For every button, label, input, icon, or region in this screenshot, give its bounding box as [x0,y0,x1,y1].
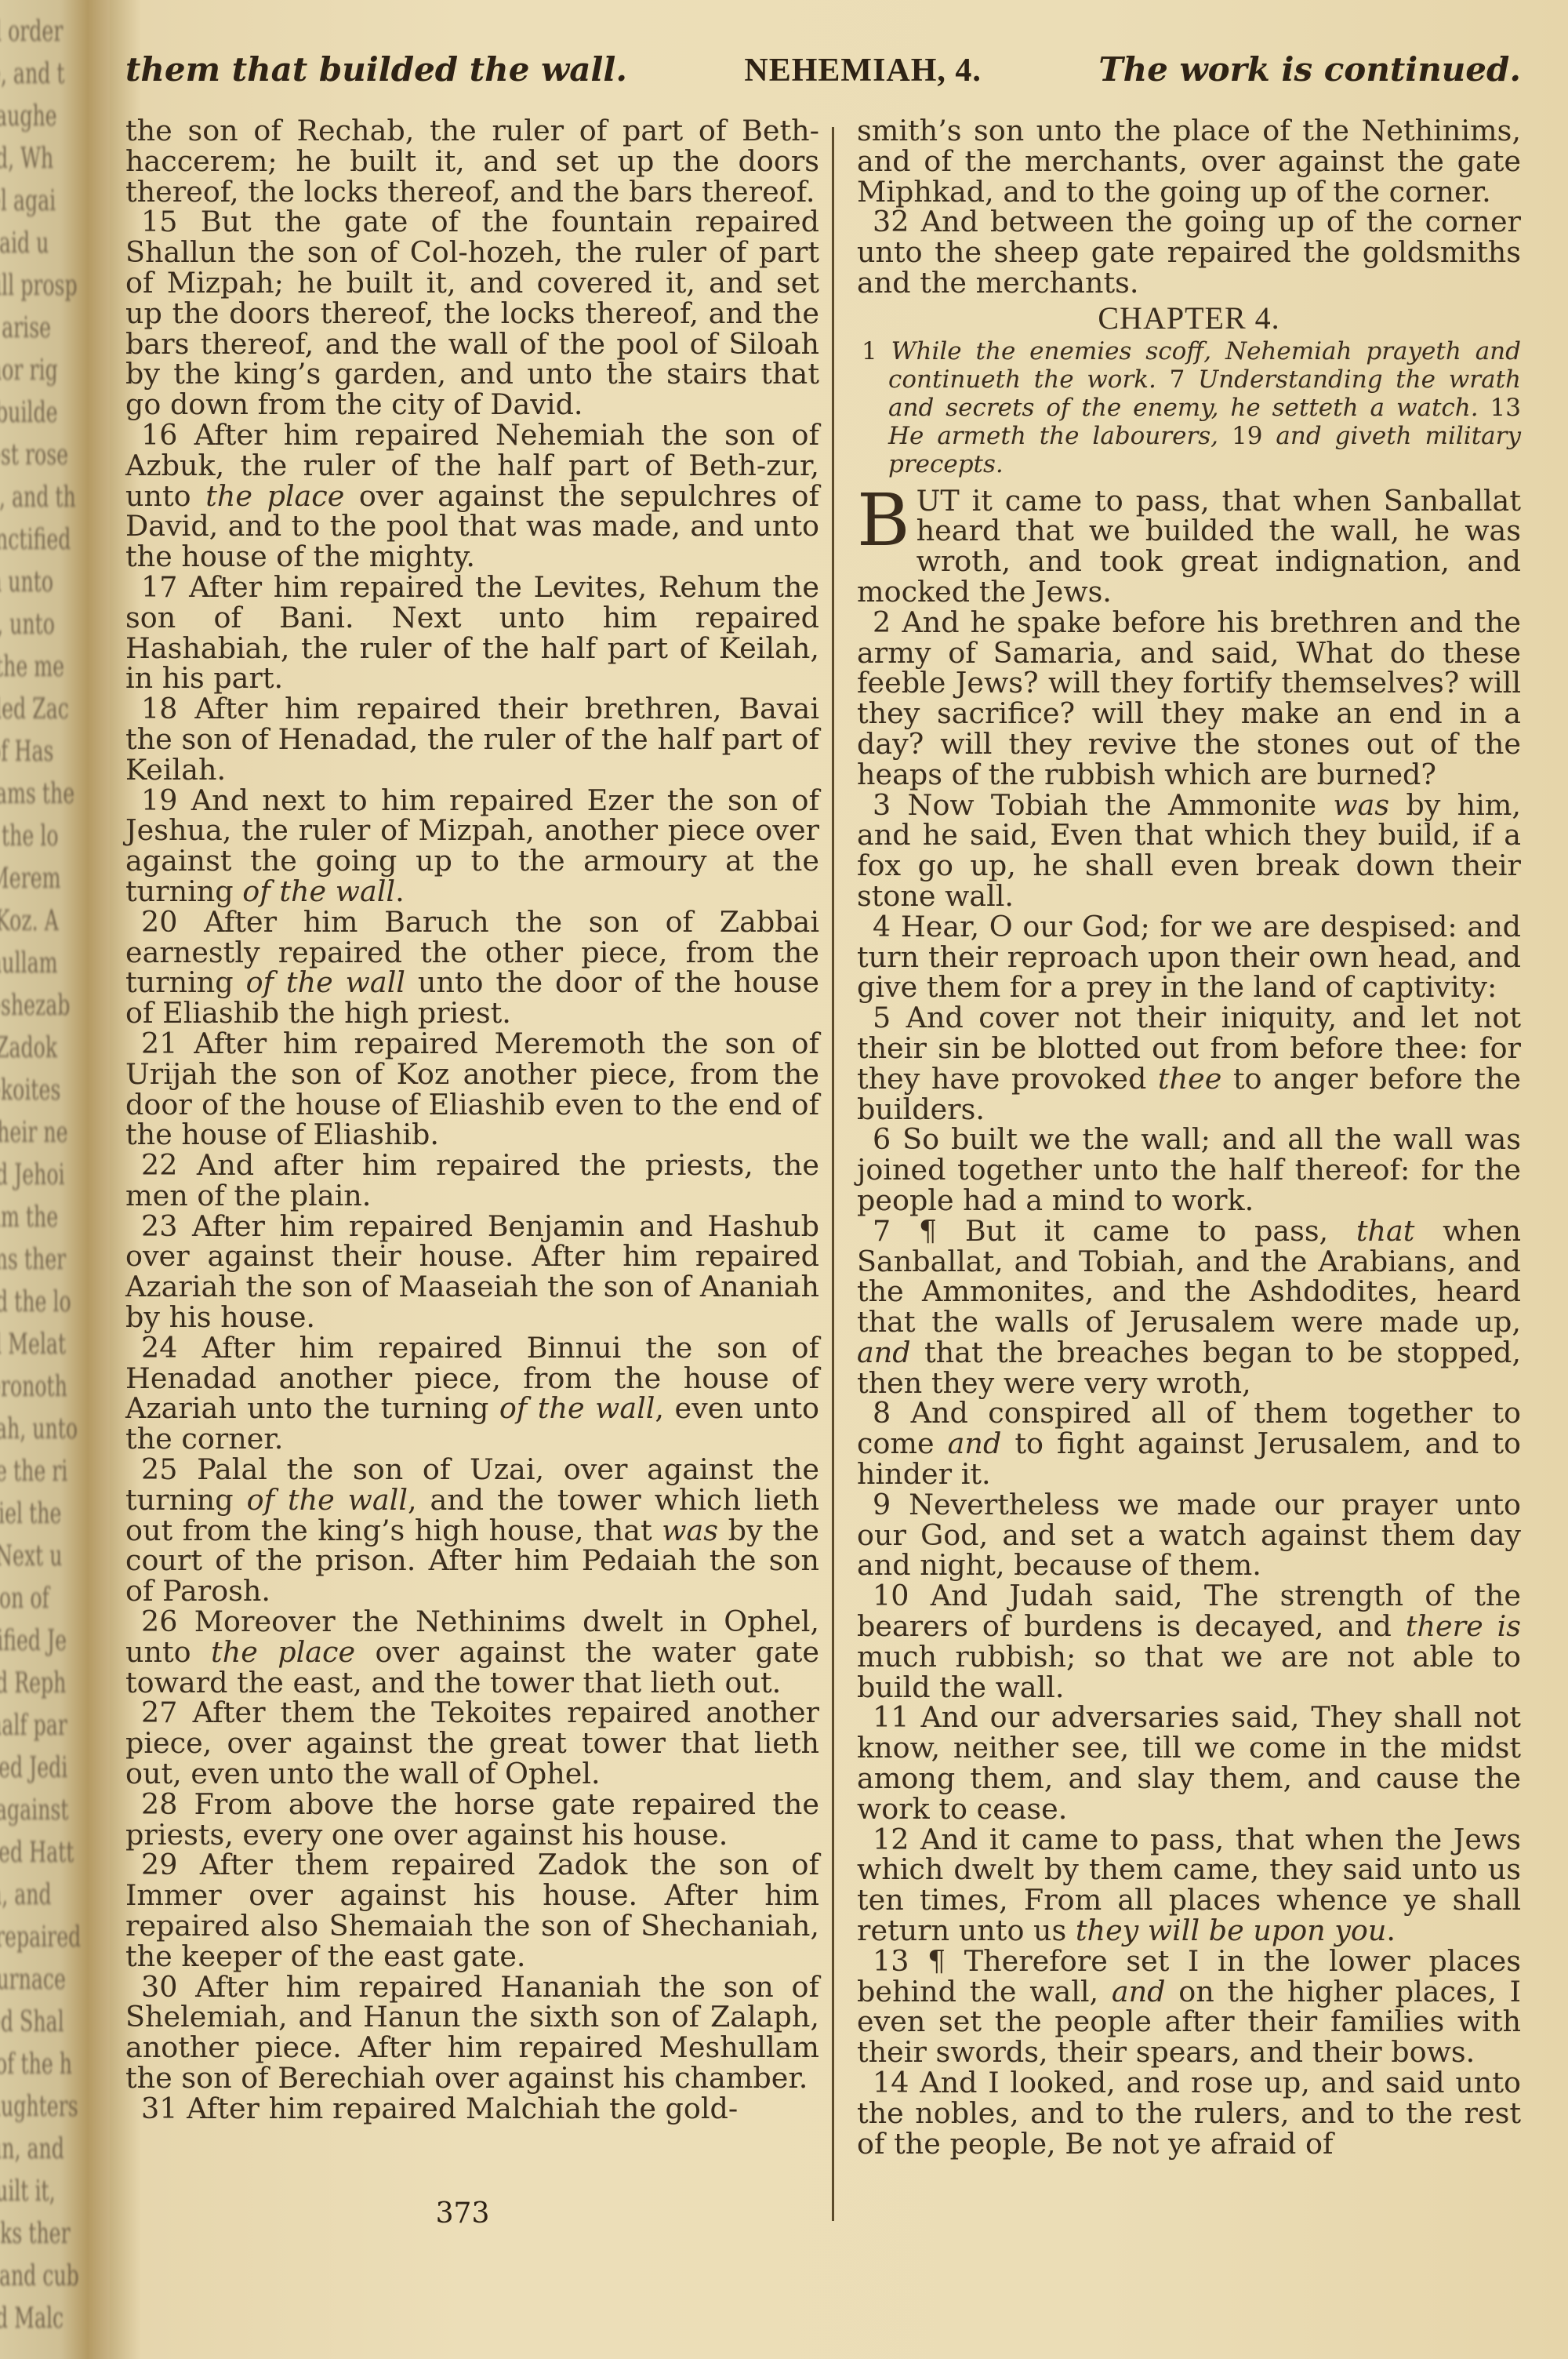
italic-supplied-word: of the wall [242,874,395,908]
adjacent-page-fragment: d Jehoi [0,1159,65,1191]
verse-continuation: smith’s son unto the place of the Nethin… [857,116,1521,207]
adjacent-page-fragment: uilt it, [0,2175,56,2208]
adjacent-page-fragment: ill prosp [0,270,78,302]
summary-verse-ref: 13 [1490,394,1521,422]
adjacent-page-fragment: n unto [0,566,53,598]
adjacent-page-fragment: ded Zac [0,693,69,725]
verse-text: Now Tobiah the Ammonite [908,788,1334,822]
adjacent-page-fragment: un, and [0,2133,64,2165]
verse-number: 14 [873,2066,920,2099]
verse-number: 30 [141,1970,195,2004]
verse-number: 2 [873,605,902,639]
verse-15: 15 But the gate of the fountain repaired… [125,207,819,420]
adjacent-page-fragment: Zadok [0,1032,57,1064]
adjacent-page-fragment: tified Je [0,1625,67,1657]
left-column: the son of Rechab, the ruler of part of … [125,116,819,2125]
running-header: them that builded the wall. NEHEMIAH, 4.… [125,50,1521,105]
verse-number: 19 [141,783,191,817]
adjacent-page-fragment: l arise [0,312,51,344]
verse-number: 20 [141,905,204,939]
adjacent-page-fragment: l order [0,16,63,48]
verse-number: 5 [873,1001,906,1034]
adjacent-page-fragment: of Has [0,736,53,768]
adjacent-page-fragment: Next u [0,1540,63,1572]
verses-before-chapter: smith’s son unto the place of the Nethin… [857,116,1521,299]
adjacent-page-fragment: said u [0,227,49,260]
verse-3: 3 Now Tobiah the Ammonite was by him, an… [857,791,1521,912]
verse-text: . [1386,1914,1396,1947]
adjacent-page-fragment: d Reph [0,1667,66,1699]
adjacent-page-fragment: s, and th [0,482,76,514]
verse-9: 9 Nevertheless we made our prayer unto o… [857,1490,1521,1581]
page-number: 373 [423,2197,502,2230]
verse-7: 7 ¶ But it came to pass, that when Sanba… [857,1216,1521,1399]
adjacent-page-fragment: d Malc [0,2303,64,2335]
verse-32: 32 And between the going up of the corne… [857,207,1521,298]
verse-27: 27 After them the Tekoites repaired anot… [125,1698,819,1789]
verse-text: the son of Rechab, the ruler of part of … [125,114,819,209]
adjacent-page-edge: l ordere, and tlaughed, Whel agaisaid ui… [0,0,110,2359]
adjacent-page-fragment: ed Shal [0,2006,64,2038]
chapter-heading: CHAPTER 4. [857,304,1521,334]
verse-text: much rubbish; so that we are not able to… [857,1640,1521,1704]
verse-text: So built we the wall; and all the wall w… [857,1122,1521,1217]
verse-text: After him repaired Malchiah the gold- [187,2092,738,2125]
column-divider [832,127,834,2221]
verse-text: After him repaired the Levites, Rehum th… [125,570,819,695]
verse-number: 6 [873,1122,902,1156]
verse-number: 9 [873,1488,909,1521]
verse-text: After him repaired their brethren, Bavai… [125,692,819,787]
verse-28: 28 From above the horse gate repaired th… [125,1790,819,1851]
adjacent-page-fragment: laughe [0,100,57,133]
verse-number: 3 [873,788,908,822]
verse-text: But the gate of the fountain repaired Sh… [125,205,819,421]
adjacent-page-fragment: Merem [0,863,61,895]
verse-number: 32 [873,205,921,238]
adjacent-page-fragment: nor rig [0,354,58,387]
adjacent-page-fragment: d the lo [0,1286,71,1318]
adjacent-page-fragment: of the h [0,2048,72,2081]
verse-text: And he spake before his brethren and the… [857,605,1521,791]
adjacent-page-fragment: half par [0,1710,67,1742]
verse-29: 29 After them repaired Zadok the son of … [125,1850,819,1972]
adjacent-page-fragment: against [0,1794,69,1826]
verse-text: Hear, O our God; for we are despised: an… [857,910,1521,1005]
verse-1: BUT it came to pass, that when Sanballat… [857,486,1521,608]
summary-verse-ref: 1 [862,337,891,365]
verse-number: 26 [141,1605,194,1638]
verse-1-text: UT it came to pass, that when Sanballat … [857,484,1521,609]
adjacent-page-fragment: aughters [0,2091,78,2123]
verse-number: 7 ¶ [873,1214,965,1248]
italic-supplied-word: of the wall [247,1483,408,1517]
verse-text: After them repaired Zadok the son of Imm… [125,1848,819,1972]
italic-supplied-word: and [857,1336,911,1369]
verse-23: 23 After him repaired Benjamin and Hashu… [125,1212,819,1333]
right-column: smith’s son unto the place of the Nethin… [857,116,1521,2159]
italic-supplied-word: and [948,1427,1002,1460]
header-left-caption: them that builded the wall. [125,50,627,89]
verse-text: And our adversaries said, They shall not… [857,1700,1521,1825]
adjacent-page-fragment: ams the [0,778,74,810]
adjacent-page-fragment: red Hatt [0,1837,74,1869]
adjacent-page-fragment: est rose [0,439,68,471]
verse-text: . [395,874,405,908]
verse-2: 2 And he spake before his brethren and t… [857,608,1521,791]
verse-18: 18 After him repaired their brethren, Ba… [125,694,819,785]
verse-14: 14 And I looked, and rose up, and said u… [857,2068,1521,2159]
verse-26: 26 Moreover the Nethinims dwelt in Ophel… [125,1607,819,1698]
verse-number: 28 [141,1787,194,1821]
verse-continuation: the son of Rechab, the ruler of part of … [125,116,819,207]
italic-supplied-word: the place [211,1635,355,1669]
verse-24: 24 After him repaired Binnui the son of … [125,1333,819,1455]
verse-22: 22 And after him repaired the priests, t… [125,1150,819,1212]
italic-supplied-word: there is [1406,1609,1521,1643]
adjacent-page-fragment: le the ri [0,1456,67,1488]
verse-text: After them the Tekoites repaired another… [125,1696,819,1790]
italic-supplied-word: was [662,1514,718,1547]
header-book-chapter: NEHEMIAH, 4. [744,52,982,89]
adjacent-page-fragment: , the lo [0,820,59,852]
verse-number: 22 [141,1148,197,1182]
verse-20: 20 After him Baruch the son of Zabbai ea… [125,907,819,1029]
italic-supplied-word: they will be upon you [1076,1914,1387,1947]
adjacent-page-fragment: ekoites [0,1074,60,1107]
verse-text: But it came to pass, [965,1214,1356,1248]
verse-number: 17 [141,570,189,604]
italic-supplied-word: that [1356,1214,1415,1248]
verse-12: 12 And it came to pass, that when the Je… [857,1825,1521,1946]
verse-number: 8 [873,1396,911,1430]
verse-number: 25 [141,1452,197,1486]
italic-supplied-word: and [1112,1975,1166,2008]
verse-text: Nevertheless we made our prayer unto our… [857,1488,1521,1583]
verse-number: 21 [141,1027,194,1060]
verse-25: 25 Palal the son of Uzai, over against t… [125,1455,819,1607]
adjacent-page-fragment: d Melat [0,1329,66,1361]
adjacent-page-fragment: furnace [0,1964,66,1996]
adjacent-page-fragment: eronoth [0,1371,67,1403]
adjacent-page-fragment: Koz. A [0,905,59,937]
adjacent-page-fragment: nctified [0,524,71,556]
adjacent-page-fragment: el agai [0,185,56,217]
adjacent-page-fragment: riel the [0,1498,61,1530]
adjacent-page-fragment: builde [0,397,58,429]
verse-number: 11 [873,1700,920,1734]
adjacent-page-fragment: am the [0,1201,58,1234]
verse-text: that the breaches began to be stopped, t… [857,1336,1521,1400]
adjacent-page-fragment: ah, unto [0,1413,78,1445]
adjacent-page-fragment: red Jedi [0,1752,67,1784]
adjacent-page-fragment: hullam [0,947,58,980]
italic-supplied-word: thee [1158,1062,1221,1096]
verse-number: 27 [141,1696,193,1729]
verse-text: And I looked, and rose up, and said unto… [857,2066,1521,2161]
verse-31: 31 After him repaired Malchiah the gold- [125,2094,819,2125]
verse-text: From above the horse gate repaired the p… [125,1787,819,1852]
adjacent-page-fragment: e, and t [0,58,64,90]
verse-5: 5 And cover not their iniquity, and let … [857,1003,1521,1125]
verse-number: 15 [141,205,201,238]
verse-16: 16 After him repaired Nehemiah the son o… [125,420,819,572]
verse-30: 30 After him repaired Hananiah the son o… [125,1972,819,2094]
verse-8: 8 And conspired all of them together to … [857,1398,1521,1489]
verse-13: 13 ¶ Therefore set I in the lower places… [857,1946,1521,2068]
verse-4: 4 Hear, O our God; for we are despised: … [857,912,1521,1003]
adjacent-page-fragment: the me [0,651,64,683]
verse-number: 24 [141,1331,202,1365]
chapter-summary: 1 While the enemies scoff, Nehemiah pray… [857,337,1521,478]
verse-number: 29 [141,1848,200,1881]
adjacent-page-fragment: eshezab [0,990,70,1022]
verse-text: After him repaired Hananiah the son of S… [125,1970,819,2095]
verse-number: 31 [141,2092,187,2125]
header-right-caption: The work is continued. [1098,50,1521,89]
verse-number: 4 [873,910,901,943]
chapter-4-verses: 2 And he spake before his brethren and t… [857,608,1521,2160]
verse-21: 21 After him repaired Meremoth the son o… [125,1029,819,1150]
verse-17: 17 After him repaired the Levites, Rehum… [125,572,819,694]
verse-number: 12 [873,1823,920,1856]
verse-number: 13 ¶ [873,1944,964,1978]
summary-verse-ref: 19 [1232,422,1276,450]
verse-text: And next to him repaired Ezer the son of… [125,783,819,908]
verse-number: 23 [141,1209,192,1243]
adjacent-page-fragment: n, and [0,1879,52,1911]
adjacent-page-fragment: cks ther [0,2218,71,2250]
verse-6: 6 So built we the wall; and all the wall… [857,1125,1521,1216]
adjacent-page-fragment: ms ther [0,1244,66,1276]
adjacent-page-fragment: their ne [0,1117,68,1149]
italic-supplied-word: of the wall [246,965,405,999]
verse-text: And between the going up of the corner u… [857,205,1521,300]
adjacent-page-fragment: son of [0,1583,49,1615]
summary-text: He armeth the labourers, [888,422,1232,450]
verse-number: 16 [141,418,194,452]
italic-supplied-word: of the wall [499,1391,655,1425]
verse-19: 19 And next to him repaired Ezer the son… [125,786,819,907]
verse-text: And after him repaired the priests, the … [125,1148,819,1212]
verse-11: 11 And our adversaries said, They shall … [857,1703,1521,1824]
adjacent-page-fragment: d, Wh [0,143,53,175]
drop-cap: B [857,491,910,551]
italic-supplied-word: the place [205,479,344,513]
verse-text: After him repaired Meremoth the son of U… [125,1027,819,1151]
verse-text: After him repaired Benjamin and Hashub o… [125,1209,819,1334]
verse-text: smith’s son unto the place of the Nethin… [857,114,1521,209]
verse-number: 18 [141,692,194,725]
summary-verse-ref: 7 [1170,365,1198,394]
verse-10: 10 And Judah said, The strength of the b… [857,1581,1521,1703]
adjacent-page-fragment: t, unto [0,609,55,641]
adjacent-page-fragment: repaired [0,1921,81,1954]
italic-supplied-word: was [1333,788,1389,822]
verse-number: 10 [873,1579,931,1612]
adjacent-page-fragment: sand cub [0,2260,79,2292]
